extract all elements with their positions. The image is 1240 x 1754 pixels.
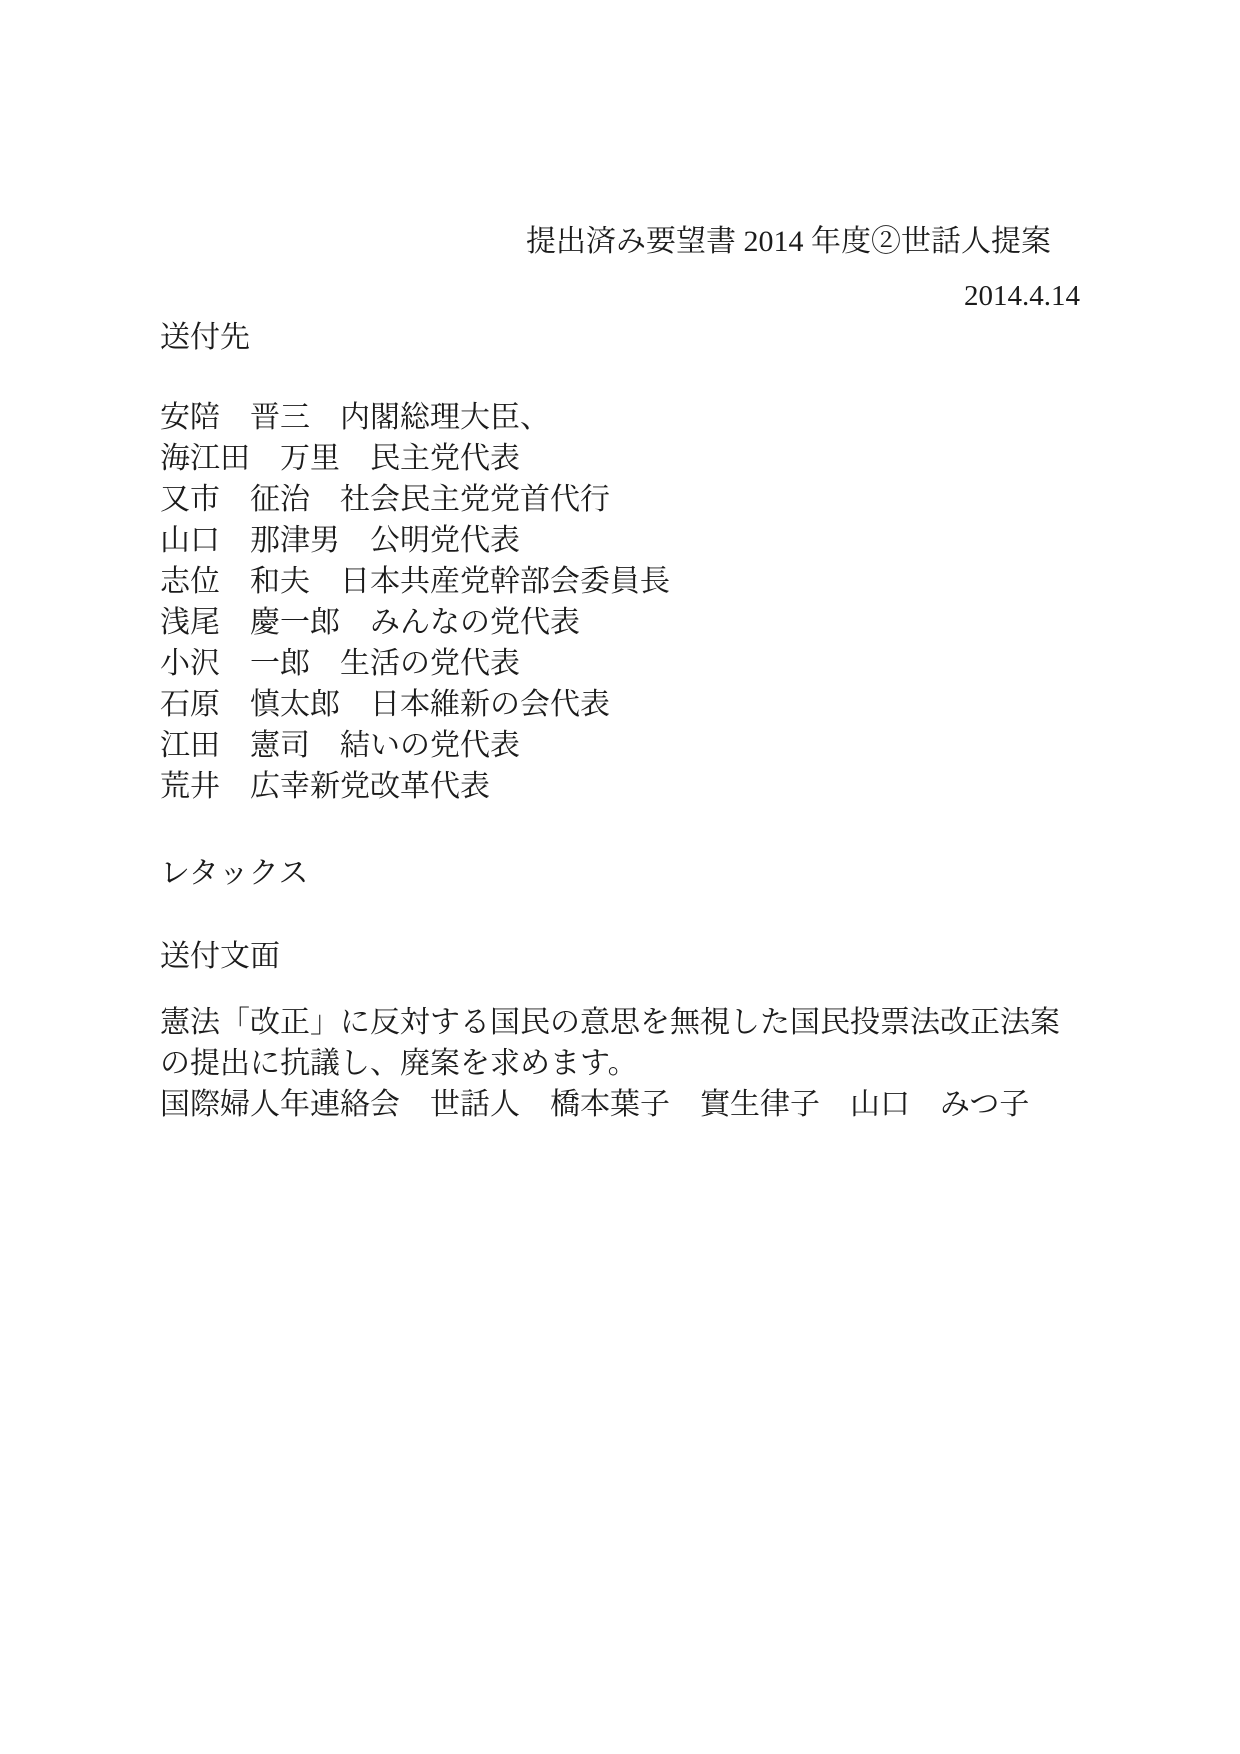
recipient-line: 安陪 晋三 内閣総理大臣、 <box>160 397 1080 438</box>
recipient-line: 浅尾 慶一郎 みんなの党代表 <box>160 602 1080 643</box>
body-line: 国際婦人年連絡会 世話人 橋本葉子 實生律子 山口 みつ子 <box>160 1084 1080 1125</box>
body-line: 憲法「改正」に反対する国民の意思を無視した国民投票法改正法案 <box>160 1002 1080 1043</box>
document-page: 提出済み要望書 2014 年度②世話人提案 2014.4.14 送付先 安陪 晋… <box>0 0 1240 1754</box>
recipient-line: 海江田 万里 民主党代表 <box>160 438 1080 479</box>
body-text: 憲法「改正」に反対する国民の意思を無視した国民投票法改正法案 の提出に抗議し、廃… <box>160 1002 1080 1125</box>
recipients-heading: 送付先 <box>160 317 1080 358</box>
recipients-list: 安陪 晋三 内閣総理大臣、 海江田 万里 民主党代表 又市 征治 社会民主党党首… <box>160 397 1080 807</box>
body-heading: 送付文面 <box>160 936 1080 977</box>
recipient-line: 小沢 一郎 生活の党代表 <box>160 643 1080 684</box>
recipient-line: 石原 慎太郎 日本維新の会代表 <box>160 684 1080 725</box>
recipient-line: 江田 憲司 結いの党代表 <box>160 725 1080 766</box>
recipient-line: 山口 那津男 公明党代表 <box>160 520 1080 561</box>
recipient-line: 志位 和夫 日本共産党幹部会委員長 <box>160 561 1080 602</box>
document-title: 提出済み要望書 2014 年度②世話人提案 <box>526 221 1080 262</box>
body-line: の提出に抗議し、廃案を求めます。 <box>160 1043 1080 1084</box>
document-date: 2014.4.14 <box>160 276 1080 317</box>
send-method-label: レタックス <box>160 853 1080 894</box>
recipient-line: 荒井 広幸新党改革代表 <box>160 766 1080 807</box>
recipient-line: 又市 征治 社会民主党党首代行 <box>160 479 1080 520</box>
